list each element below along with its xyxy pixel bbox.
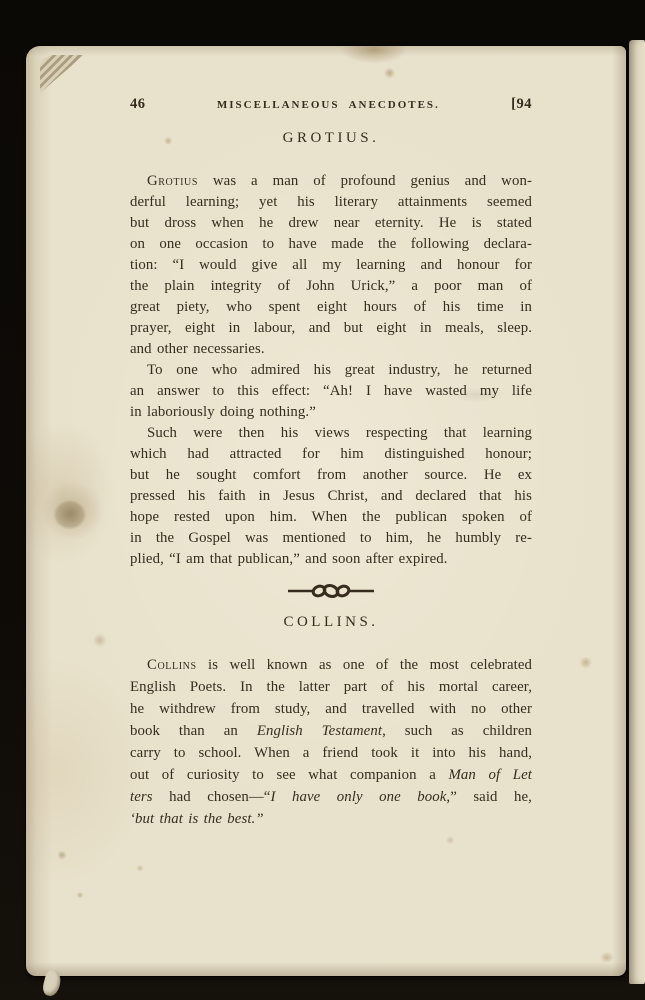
text-segment: was a man of profound genius and won-	[198, 173, 532, 189]
text-segment: ,” said he,	[446, 789, 532, 805]
text-line: derful learning; yet his literary attain…	[130, 192, 532, 213]
running-title: MISCELLANEOUS ANECDOTES.	[217, 99, 440, 111]
paragraph-collins-1: Collins is well known as one of the most…	[130, 654, 532, 830]
text-line: and other necessaries.	[130, 339, 532, 360]
text-line: English Poets. In the latter part of his…	[130, 676, 532, 698]
text-line: ters had chosen—“I have only one book,” …	[130, 786, 532, 808]
text-segment: is well known as one of the most celebra…	[197, 657, 532, 673]
scan-background: { "colors": { "paper": "#e8e1cb", "ink":…	[0, 0, 645, 1000]
text-segment: English Testament	[257, 723, 382, 739]
text-line: great piety, who spent eight hours of hi…	[130, 297, 532, 318]
section-divider	[130, 582, 532, 598]
text-line: Such were then his views respecting that…	[130, 423, 532, 444]
text-line: in laboriously doing nothing.”	[130, 402, 532, 423]
folio-number: [94	[511, 96, 532, 113]
text-line: he withdrew from study, and travelled wi…	[130, 698, 532, 720]
text-line: in the Gospel was mentioned to him, he h…	[130, 528, 532, 549]
text-line: on one occasion to have made the followi…	[130, 234, 532, 255]
section-heading-collins: COLLINS.	[130, 614, 532, 632]
folded-corner-icon	[40, 55, 84, 93]
text-segment: out of curiosity to see what companion a	[130, 767, 448, 783]
text-line: ‘but that is the best.”	[130, 808, 532, 830]
text-segment: I have only one book	[270, 789, 446, 805]
text-segment: Man of Let	[448, 767, 532, 783]
paragraph-grotius-3: Such were then his views respecting that…	[130, 423, 532, 570]
text-line: Collins is well known as one of the most…	[130, 654, 532, 676]
rope-knot-divider-icon	[287, 583, 375, 599]
text-line: To one who admired his great industry, h…	[130, 360, 532, 381]
text-line: carry to school. When a friend took it i…	[130, 742, 532, 764]
book-page: 46 MISCELLANEOUS ANECDOTES. [94 GROTIUS.…	[26, 46, 626, 976]
text-segment: ters	[130, 789, 153, 805]
text-segment: Collins	[147, 657, 197, 673]
text-line: tion: “I would give all my learning and …	[130, 255, 532, 276]
page-number: 46	[130, 96, 146, 113]
text-line: Grotius was a man of profound genius and…	[130, 171, 532, 192]
text-segment: , such as children	[382, 723, 532, 739]
text-line: book than an English Testament, such as …	[130, 720, 532, 742]
text-segment: had chosen—“	[153, 789, 271, 805]
paragraph-grotius-2: To one who admired his great industry, h…	[130, 360, 532, 423]
text-line: pressed his faith in Jesus Christ, and d…	[130, 486, 532, 507]
text-line: but he sought comfort from another sourc…	[130, 465, 532, 486]
text-line: which had attracted for him distinguishe…	[130, 444, 532, 465]
text-segment: Grotius	[147, 173, 198, 189]
text-line: plied, “I am that publican,” and soon af…	[130, 549, 532, 570]
adjacent-page-edge	[629, 40, 645, 984]
text-line: prayer, eight in labour, and but eight i…	[130, 318, 532, 339]
section-heading-grotius: GROTIUS.	[130, 130, 532, 148]
text-line: the plain integrity of John Urick,” a po…	[130, 276, 532, 297]
page-content: 46 MISCELLANEOUS ANECDOTES. [94 GROTIUS.…	[130, 96, 532, 830]
paragraph-grotius-1: Grotius was a man of profound genius and…	[130, 171, 532, 360]
page-header: 46 MISCELLANEOUS ANECDOTES. [94	[130, 96, 532, 112]
text-line: an answer to this effect: “Ah! I have wa…	[130, 381, 532, 402]
text-line: out of curiosity to see what companion a…	[130, 764, 532, 786]
text-line: hope rested upon him. When the publican …	[130, 507, 532, 528]
text-line: but dross when he drew near eternity. He…	[130, 213, 532, 234]
text-segment: ‘but that is the best.”	[130, 811, 264, 827]
text-segment: book than an	[130, 723, 257, 739]
